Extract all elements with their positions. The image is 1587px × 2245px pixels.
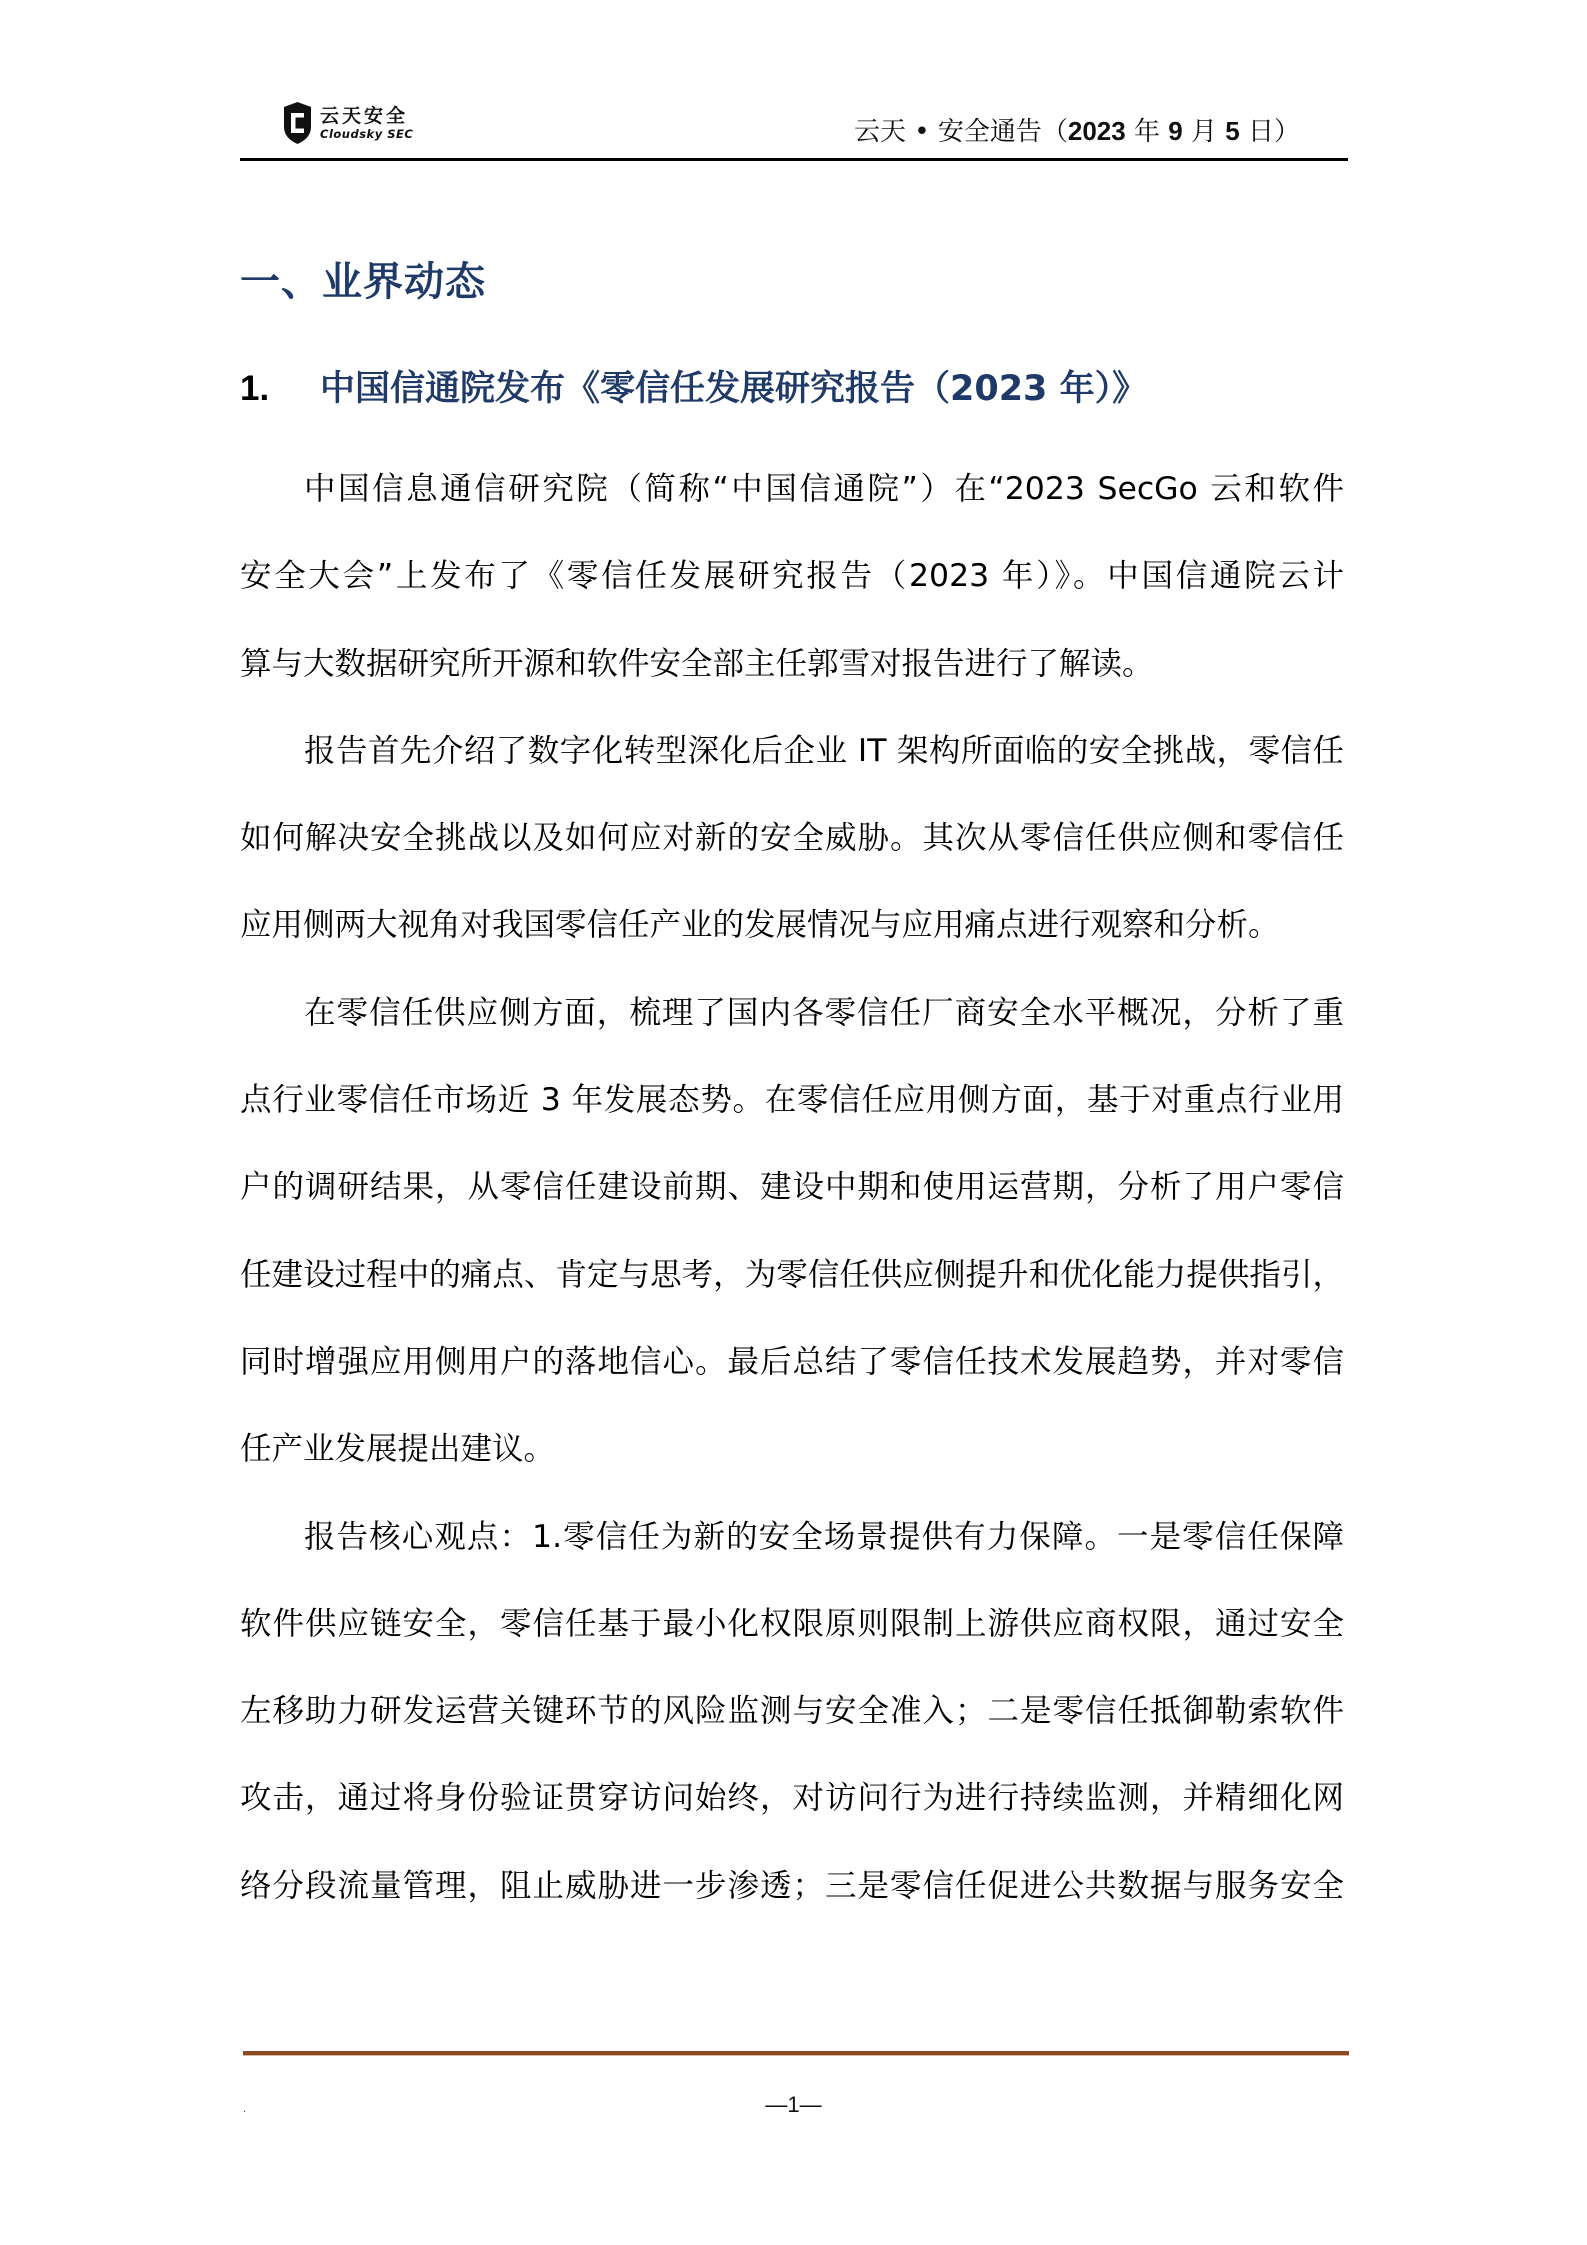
article-title: 1.中国信通院发布《零信任发展研究报告（2023 年）》 (240, 364, 1147, 414)
bulletin-year: 2023 (1068, 116, 1126, 146)
body-text-line: 报告核心观点：1.零信任为新的安全场景提供有力保障。一是零信任保障 (240, 1494, 1344, 1581)
body-text-line: 左移助力研发运营关键环节的风险监测与安全准入；二是零信任抵御勒索软件 (240, 1668, 1344, 1755)
body-text-line: 安全大会”上发布了《零信任发展研究报告（2023 年）》。中国信通院云计 (240, 533, 1344, 620)
body-text-line: 户的调研结果，从零信任建设前期、建设中期和使用运营期，分析了用户零信 (240, 1144, 1344, 1231)
page-header: 云天安全 Cloudsky SEC 云天 • 安全通告（2023 年 9 月 5… (240, 0, 1348, 162)
article-body: 中国信息通信研究院（简称“中国信通院”）在“2023 SecGo 云和软件安全大… (240, 446, 1344, 1930)
cloudsky-shield-logo-icon (282, 101, 313, 145)
body-text-line: 络分段流量管理，阻止威胁进一步渗透；三是零信任促进公共数据与服务安全 (240, 1843, 1344, 1930)
bulletin-day: 5 (1225, 116, 1239, 146)
body-text-line: 软件供应链安全，零信任基于最小化权限原则限制上游供应商权限，通过安全 (240, 1581, 1344, 1668)
body-text-line: 报告首先介绍了数字化转型深化后企业 IT 架构所面临的安全挑战，零信任 (240, 708, 1344, 795)
bulletin-title: 云天 • 安全通告（2023 年 9 月 5 日） (854, 114, 1300, 149)
body-text-line: 点行业零信任市场近 3 年发展态势。在零信任应用侧方面，基于对重点行业用 (240, 1057, 1344, 1144)
logo-text: 云天安全 Cloudsky SEC (320, 105, 413, 141)
bulletin-month: 9 (1168, 116, 1182, 146)
logo-name-en: Cloudsky SEC (320, 127, 413, 141)
bulletin-month-unit: 月 (1183, 117, 1226, 147)
footer-divider (243, 2051, 1349, 2055)
body-text-line: 算与大数据研究所开源和软件安全部主任郭雪对报告进行了解读。 (240, 621, 1344, 708)
body-text-line: 如何解决安全挑战以及如何应对新的安全威胁。其次从零信任供应侧和零信任 (240, 795, 1344, 882)
body-text-line: 应用侧两大视角对我国零信任产业的发展情况与应用痛点进行观察和分析。 (240, 882, 1344, 969)
body-text-line: 在零信任供应侧方面，梳理了国内各零信任厂商安全水平概况，分析了重 (240, 970, 1344, 1057)
logo-name-cn: 云天安全 (320, 105, 413, 127)
bulletin-day-unit: 日） (1240, 117, 1300, 147)
body-text-line: 同时增强应用侧用户的落地信心。最后总结了零信任技术发展趋势，并对零信 (240, 1319, 1344, 1406)
section-heading: 一、业界动态 (240, 254, 486, 310)
article-title-text: 中国信通院发布《零信任发展研究报告（2023 年）》 (320, 369, 1147, 409)
company-logo: 云天安全 Cloudsky SEC (282, 98, 413, 148)
body-text-line: 任建设过程中的痛点、肯定与思考，为零信任供应侧提升和优化能力提供指引， (240, 1232, 1344, 1319)
bulletin-year-unit: 年 (1126, 117, 1169, 147)
body-text-line: 中国信息通信研究院（简称“中国信通院”）在“2023 SecGo 云和软件 (240, 446, 1344, 533)
body-text-line: 攻击，通过将身份验证贯穿访问始终，对访问行为进行持续监测，并精细化网 (240, 1755, 1344, 1842)
body-text-line: 任产业发展提出建议。 (240, 1406, 1344, 1493)
bulletin-title-prefix: 云天 • 安全通告（ (854, 117, 1068, 147)
header-divider (240, 158, 1348, 161)
article-number: 1. (240, 364, 320, 414)
page-number: —1— (0, 2092, 1587, 2118)
